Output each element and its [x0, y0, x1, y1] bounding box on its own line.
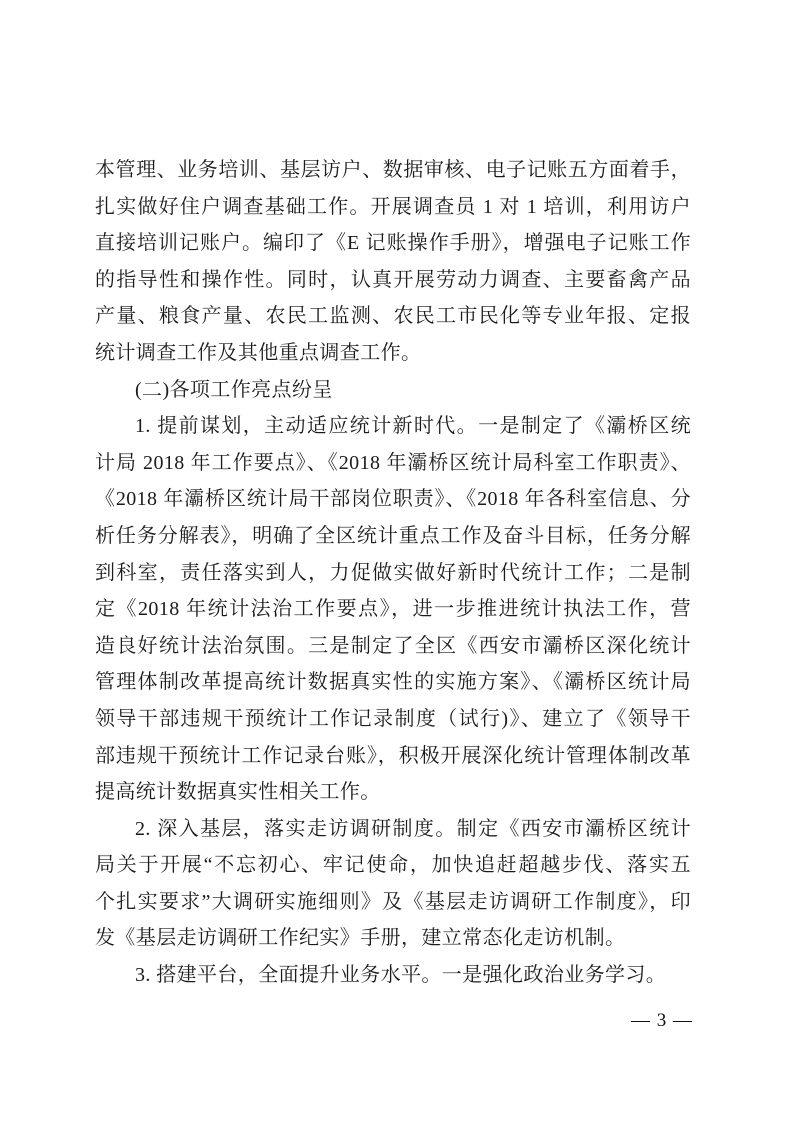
text-line: 2. 深入基层，落实走访调研制度。制定《西安市灞桥区统计: [95, 811, 691, 848]
text-line: 提高统计数据真实性相关工作。: [95, 774, 691, 811]
text-line: 计局 2018 年工作要点》、《2018 年灞桥区统计局科室工作职责》、: [95, 445, 691, 482]
text-line: 发《基层走访调研工作纪实》手册，建立常态化走访机制。: [95, 920, 691, 957]
text-line: 本管理、业务培训、基层访户、数据审核、电子记账五方面着手，: [95, 152, 691, 189]
text-line: 到科室，责任落实到人，力促做实做好新时代统计工作；二是制: [95, 555, 691, 592]
document-body: 本管理、业务培训、基层访户、数据审核、电子记账五方面着手， 扎实做好住户调查基础…: [95, 152, 691, 994]
text-line: 产量、粮食产量、农民工监测、农民工市民化等专业年报、定报: [95, 298, 691, 335]
text-line: 直接培训记账户。编印了《E 记账操作手册》，增强电子记账工作: [95, 225, 691, 262]
text-line: 《2018 年灞桥区统计局干部岗位职责》、《2018 年各科室信息、分: [95, 481, 691, 518]
page-number: — 3 —: [631, 1010, 693, 1032]
text-line: 领导干部违规干预统计工作记录制度（试行)》、建立了《领导干: [95, 701, 691, 738]
text-line: 的指导性和操作性。同时，认真开展劳动力调查、主要畜禽产品: [95, 262, 691, 299]
text-line: 管理体制改革提高统计数据真实性的实施方案》、《灞桥区统计局: [95, 664, 691, 701]
section-heading: (二)各项工作亮点纷呈: [95, 372, 691, 409]
text-line: 局关于开展“不忘初心、牢记使命，加快追赶超越步伐、落实五: [95, 847, 691, 884]
document-page: 本管理、业务培训、基层访户、数据审核、电子记账五方面着手， 扎实做好住户调查基础…: [0, 0, 793, 1122]
text-line: 统计调查工作及其他重点调查工作。: [95, 335, 691, 372]
text-line: 1. 提前谋划，主动适应统计新时代。一是制定了《灞桥区统: [95, 408, 691, 445]
text-line: 析任务分解表》，明确了全区统计重点工作及奋斗目标，任务分解: [95, 518, 691, 555]
text-line: 3. 搭建平台，全面提升业务水平。一是强化政治业务学习。: [95, 957, 691, 994]
text-line: 扎实做好住户调查基础工作。开展调查员 1 对 1 培训，利用访户: [95, 189, 691, 226]
text-line: 造良好统计法治氛围。三是制定了全区《西安市灞桥区深化统计: [95, 628, 691, 665]
text-line: 部违规干预统计工作记录台账》，积极开展深化统计管理体制改革: [95, 738, 691, 775]
text-line: 个扎实要求”大调研实施细则》及《基层走访调研工作制度》，印: [95, 884, 691, 921]
text-line: 定《2018 年统计法治工作要点》，进一步推进统计执法工作，营: [95, 591, 691, 628]
